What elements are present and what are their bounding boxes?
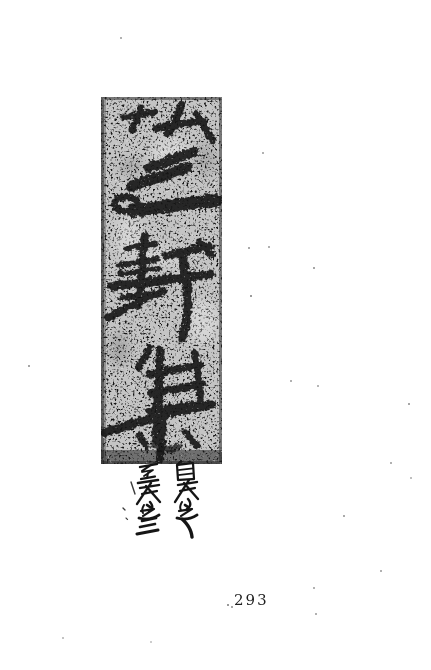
title-seal <box>101 97 222 464</box>
ink-smudge <box>123 482 135 520</box>
dust-specks <box>0 0 2 2</box>
scanned-page: 芝軒集 <box>0 0 431 670</box>
volume-to-column <box>137 464 160 534</box>
page-number: 293 <box>234 591 269 609</box>
volume-note <box>118 452 210 544</box>
volume-from-column <box>175 461 198 537</box>
